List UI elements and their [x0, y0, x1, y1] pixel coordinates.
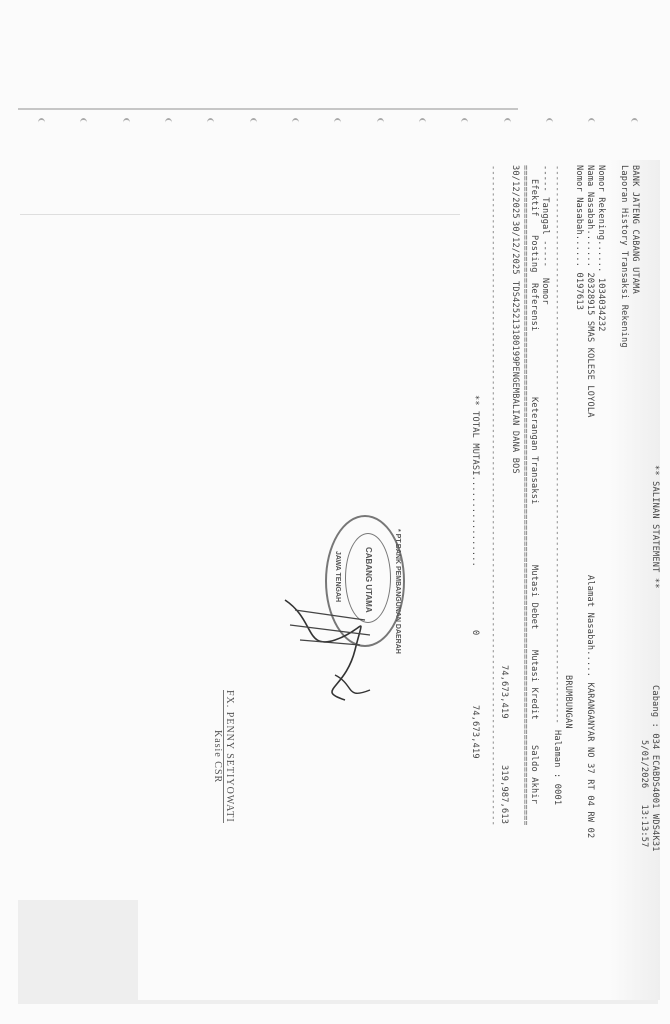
row-posting: 30/12/2025: [510, 221, 520, 275]
col-reference: Referensi: [529, 283, 539, 331]
total-label: ** TOTAL MUTASI.................: [470, 395, 480, 567]
account-number-label: Nomor Rekening......: [596, 165, 606, 272]
branch-line: Cabang : 034 ECABDS4001 WDS4K31: [650, 685, 660, 852]
stamp-outer-text: * PT.BANK PEMBANGUNAN DAERAH: [394, 529, 401, 654]
col-effective: Efektif: [529, 179, 539, 217]
page-number: Halaman : 0001: [552, 730, 562, 805]
address-line1: KARANGANYAR NO 37 RT 04 RW 02: [585, 682, 595, 838]
hole-icon: [461, 118, 468, 127]
customer-number-label: Nomor Nasabah......: [574, 165, 584, 267]
hole-icon: [631, 118, 638, 127]
customer-number: 0197613: [574, 272, 584, 310]
customer-name-label: Nama Nasabah.......: [585, 165, 595, 267]
row-credit: 74,673,419: [499, 665, 509, 719]
address-line2: BRUMBUNGAN: [563, 675, 573, 729]
perforation-holes: [38, 118, 638, 132]
hole-icon: [377, 118, 384, 127]
address-label: Alamat Nasabah.....: [585, 575, 595, 677]
total-debit: 0: [470, 630, 480, 635]
hole-icon: [504, 118, 511, 127]
scan-shadow: [18, 900, 138, 1000]
bank-name: BANK JATENG CABANG UTAMA: [630, 165, 640, 294]
paper-edge: [18, 1000, 658, 1004]
statement-label: ** SALINAN STATEMENT **: [650, 465, 660, 589]
dashed-separator: ----------------------------------------…: [552, 165, 562, 725]
hole-icon: [292, 118, 299, 127]
paper-tear-edge: [18, 108, 518, 110]
statement-body: BANK JATENG CABANG UTAMA Laporan History…: [400, 165, 640, 885]
signer-title: Kasie CSR: [212, 690, 223, 823]
scanned-page: BANK JATENG CABANG UTAMA Laporan History…: [0, 0, 670, 1024]
signer-block: FX. PENNY SETIYOWATI Kasie CSR: [212, 690, 235, 823]
col-debit: Mutasi Debet: [529, 565, 539, 630]
report-title: Laporan History Transaksi Rekening: [619, 165, 629, 348]
double-separator: ========================================…: [520, 165, 530, 825]
hole-icon: [165, 118, 172, 127]
row-reference: TDS425213180199: [510, 281, 520, 362]
col-description: Keterangan Transaksi: [529, 397, 539, 504]
row-effective: 30/12/2025: [510, 165, 520, 219]
hole-icon: [546, 118, 553, 127]
scan-smudge: [20, 214, 460, 215]
account-number: 1034034232: [596, 278, 606, 332]
dashed-separator: ----------------------------------------…: [488, 165, 498, 825]
total-credit: 74,673,419: [470, 705, 480, 759]
col-posting: Posting: [529, 235, 539, 273]
hole-icon: [334, 118, 341, 127]
hole-icon: [38, 118, 45, 127]
hole-icon: [250, 118, 257, 127]
signature-scribble: [275, 590, 385, 710]
row-description: PENGEMBALIAN DANA BOS: [510, 361, 520, 474]
hole-icon: [123, 118, 130, 127]
customer-name: 20328915 SMAS KOLESE LOYOLA: [585, 272, 595, 417]
table-header-dates: ----- Tanggal ----- Nomor: [540, 165, 550, 305]
row-balance: 319,987,613: [499, 765, 509, 824]
hole-icon: [419, 118, 426, 127]
col-credit: Mutasi Kredit: [529, 650, 539, 720]
hole-icon: [207, 118, 214, 127]
signer-name: FX. PENNY SETIYOWATI: [223, 690, 235, 823]
print-datetime: 5/01/2026 13:13:57: [639, 740, 649, 847]
hole-icon: [80, 118, 87, 127]
hole-icon: [588, 118, 595, 127]
col-balance: Saldo Akhir: [529, 745, 539, 804]
